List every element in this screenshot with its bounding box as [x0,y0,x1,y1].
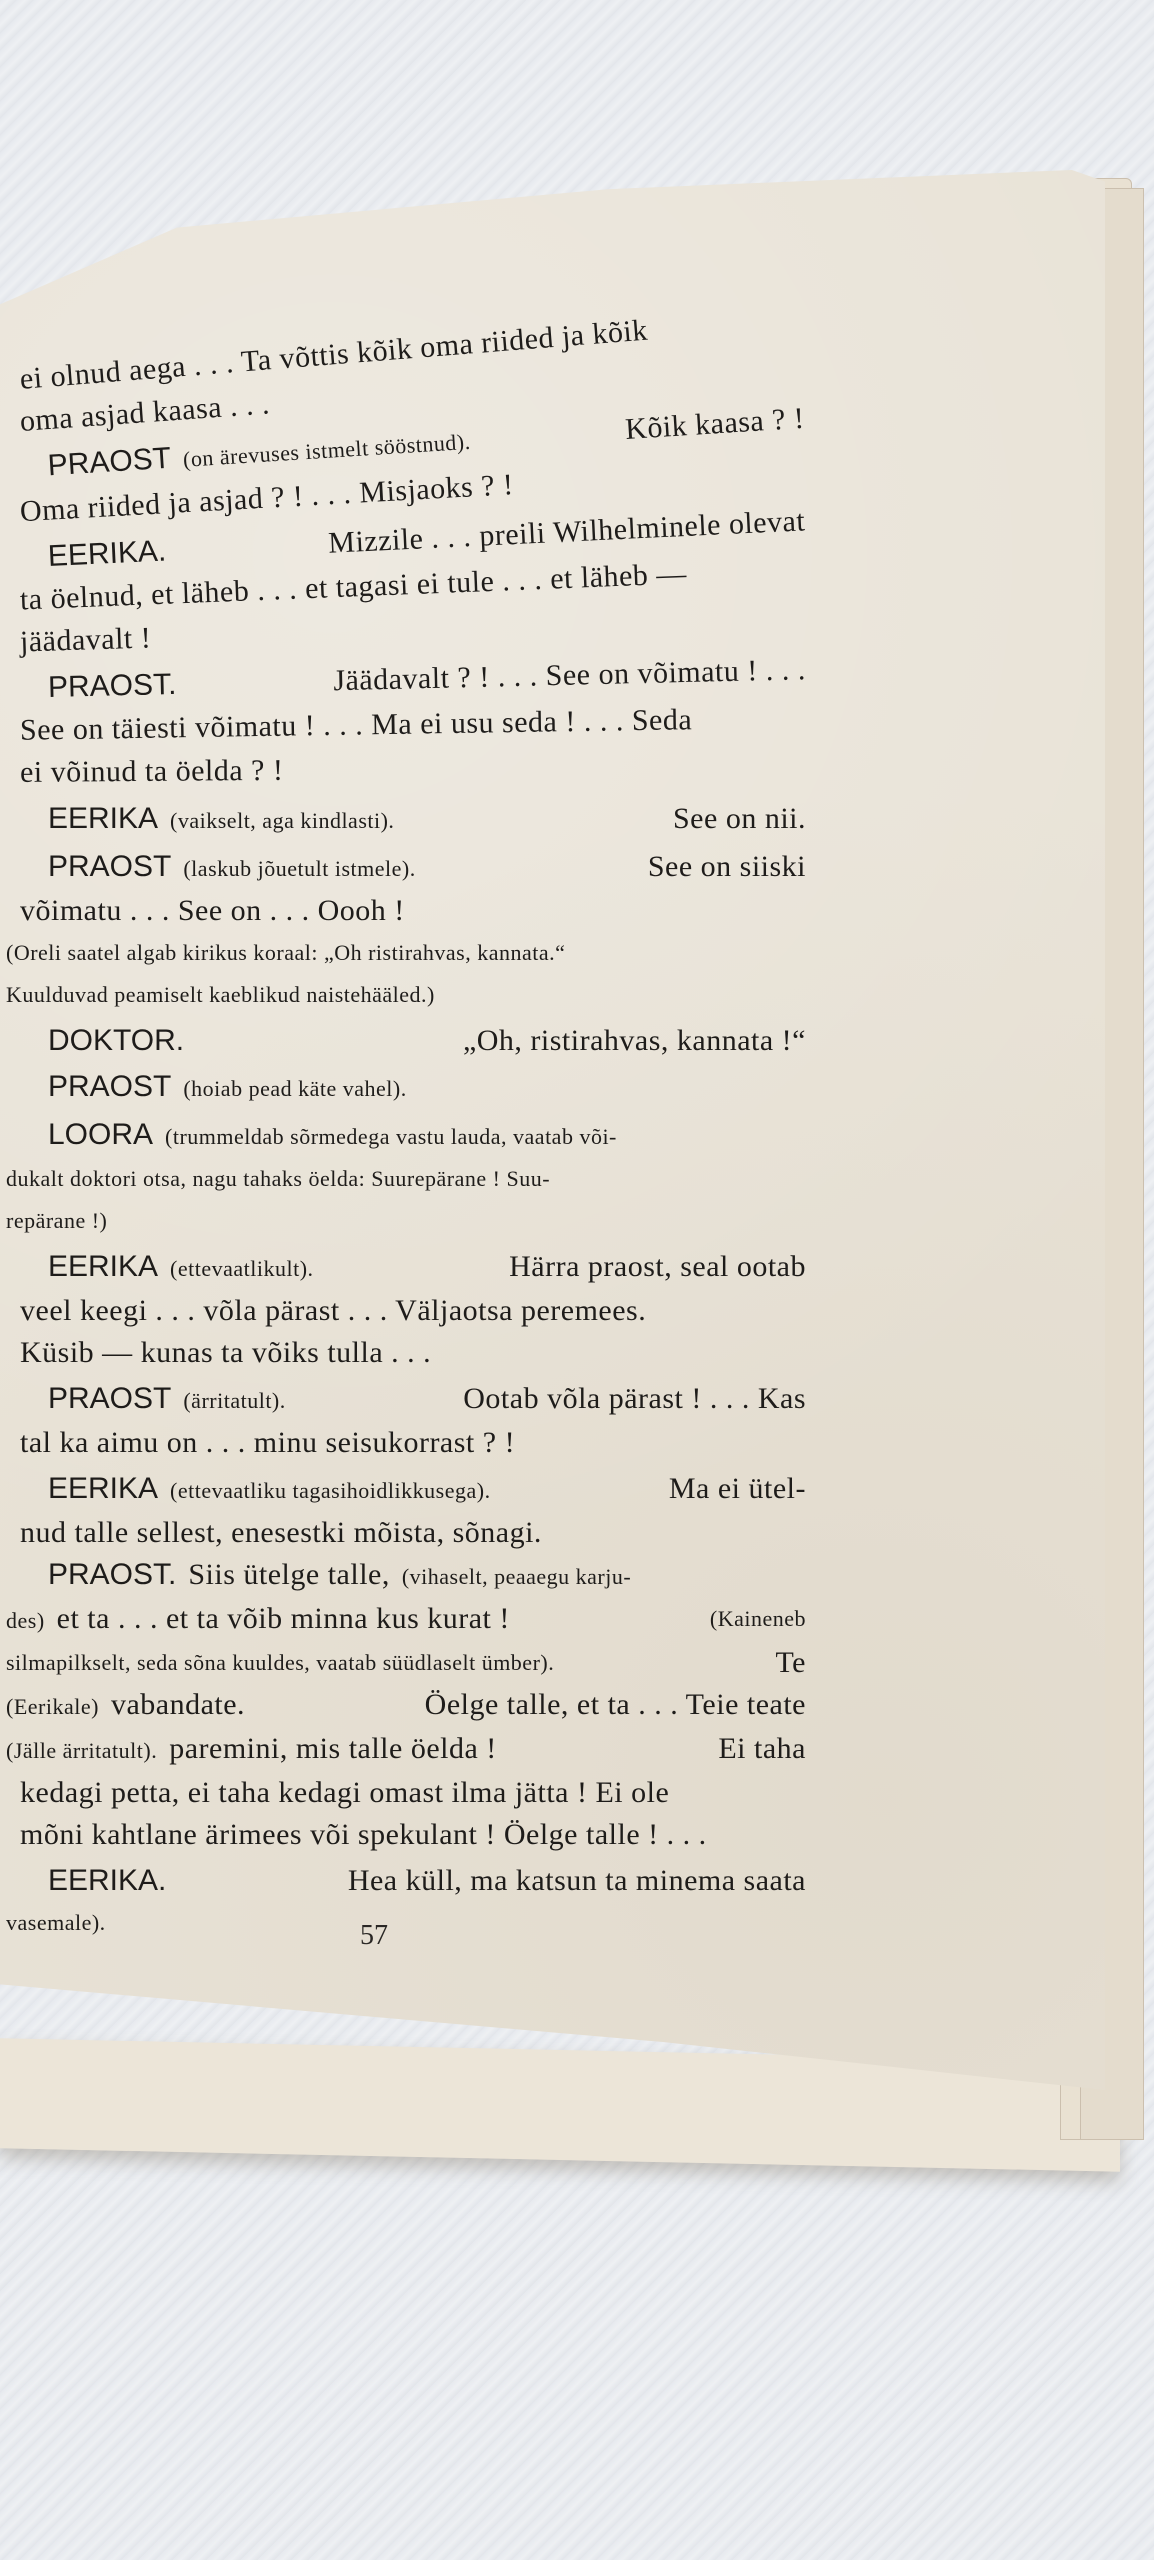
script-line: ei võinud ta öelda ? ! [6,746,806,794]
speaker-name: PRAOST [48,846,171,888]
dialogue-text: Te [775,1642,806,1684]
speaker-name: PRAOST. [47,664,176,709]
dialogue-text: Härra praost, seal ootab [509,1246,806,1290]
script-line: PRAOST(hoiab pead käte vahel). [6,1066,806,1110]
line-left: silmapilkselt, seda sõna kuuldes, vaatab… [6,1642,554,1684]
script-line: PRAOST(laskub jõuetult istmele).See on s… [6,846,806,890]
dialogue-text: Siis ütelge talle, [188,1554,389,1596]
stage-direction: (vihaselt, peaaegu karju- [402,1556,631,1598]
stage-direction: (laskub jõuetult istmele). [183,848,415,890]
line-left: (Eerikale)vabandate. [6,1684,245,1728]
script-line: DOKTOR.„Oh, ristirahvas, kannata !“ [6,1020,806,1062]
dialogue-text: „Oh, ristirahvas, kannata !“ [463,1020,806,1062]
dialogue-text: Ma ei ütel- [669,1468,806,1512]
dialogue-text: Kõik kaasa ? ! [624,398,806,453]
dialogue-text: Jäädavalt ? ! . . . See on võimatu ! . .… [333,649,806,702]
book-stack: ei olnud aega . . . Ta võttis kõik oma r… [0,170,1150,2150]
stage-direction: (trummeldab sõrmedega vastu lauda, vaata… [165,1116,617,1158]
stage-direction: (Jälle ärritatult). [6,1730,157,1772]
line-left: vasemale). [6,1902,106,1944]
script-line: silmapilkselt, seda sõna kuuldes, vaatab… [6,1642,806,1684]
dialogue-text: võimatu . . . See on . . . Oooh ! [20,890,405,932]
dialogue-text: veel keegi . . . võla pärast . . . Välja… [20,1290,646,1332]
dialogue-text: Küsib — kunas ta võiks tulla . . . [20,1332,431,1374]
script-line: PRAOST(ärritatult).Ootab võla pärast ! .… [6,1378,806,1422]
script-line: EERIKA.Hea küll, ma katsun ta minema saa… [6,1860,806,1902]
script-line: nud talle sellest, enesestki mõista, sõn… [6,1512,806,1554]
line-left: EERIKA(vaikselt, aga kindlasti). [48,798,394,842]
script-line: veel keegi . . . võla pärast . . . Välja… [6,1290,806,1332]
line-left [5,622,6,664]
script-line: des)et ta . . . et ta võib minna kus kur… [6,1598,806,1642]
stage-direction: dukalt doktori otsa, nagu tahaks öelda: … [6,1158,550,1200]
dialogue-text: nud talle sellest, enesestki mõista, sõn… [20,1512,542,1554]
dialogue-text: Ootab võla pärast ! . . . Kas [463,1378,806,1422]
script-line: (Jälle ärritatult).paremini, mis talle ö… [6,1728,806,1772]
script-line: PRAOST.Siis ütelge talle,(vihaselt, peaa… [6,1554,806,1598]
speaker-name: EERIKA. [47,530,167,578]
line-left: DOKTOR. [48,1020,184,1062]
stage-direction: repärane !) [6,1200,107,1242]
line-left: EERIKA. [48,1860,166,1902]
line-left: PRAOST(hoiab pead käte vahel). [48,1066,407,1110]
line-left [5,402,8,444]
stage-direction: silmapilkselt, seda sõna kuuldes, vaatab… [6,1642,554,1684]
stage-direction: (Oreli saatel algab kirikus koraal: „Oh … [6,932,565,974]
script-line: (Oreli saatel algab kirikus koraal: „Oh … [6,932,806,974]
stage-direction: (vaikselt, aga kindlasti). [170,800,394,842]
stage-direction: (hoiab pead käte vahel). [183,1068,406,1110]
page-text: ei olnud aega . . . Ta võttis kõik oma r… [6,360,806,1944]
script-line: mõni kahtlane ärimees või spekulant ! Öe… [6,1814,806,1856]
script-line: tal ka aimu on . . . minu seisukorrast ?… [6,1422,806,1464]
script-line: dukalt doktori otsa, nagu tahaks öelda: … [6,1158,806,1200]
script-line: võimatu . . . See on . . . Oooh ! [6,890,806,932]
speaker-name: DOKTOR. [48,1020,184,1062]
dialogue-text: vabandate. [111,1684,245,1726]
dialogue-text: ei võinud ta öelda ? ! [20,750,284,794]
dialogue-text: et ta . . . et ta võib minna kus kurat ! [57,1598,510,1640]
dialogue-text: See on nii. [673,798,806,842]
dialogue-text: kedagi petta, ei taha kedagi omast ilma … [20,1772,669,1814]
speaker-name: PRAOST. [48,1554,176,1596]
script-line: Küsib — kunas ta võiks tulla . . . [6,1332,806,1374]
speaker-name: PRAOST [48,1378,171,1420]
line-left [5,580,7,622]
dialogue-text: mõni kahtlane ärimees või spekulant ! Öe… [20,1814,707,1856]
dialogue-text: Hea küll, ma katsun ta minema saata [348,1860,806,1902]
script-line: (Eerikale)vabandate.Öelge talle, et ta .… [6,1684,806,1728]
script-line: repärane !) [6,1200,806,1242]
speaker-name: PRAOST [47,438,173,488]
dialogue-text: See on siiski [648,846,806,890]
stage-direction: (Eerikale) [6,1686,99,1728]
stage-direction: des) [6,1600,45,1642]
speaker-name: LOORA [48,1114,153,1156]
line-left: PRAOST. [47,664,176,709]
line-left [4,360,7,402]
stage-direction: Kuulduvad peamiselt kaeblikud naistehääl… [6,974,435,1016]
dialogue-text: Öelge talle, et ta . . . Teie teate [425,1684,806,1728]
script-line: EERIKA(vaikselt, aga kindlasti).See on n… [6,798,806,842]
line-left: (Jälle ärritatult).paremini, mis talle ö… [6,1728,497,1772]
stage-direction: vasemale). [6,1902,106,1944]
script-line: LOORA(trummeldab sõrmedega vastu lauda, … [6,1114,806,1158]
line-left: EERIKA(ettevaatliku tagasihoidlikkusega)… [48,1468,491,1512]
speaker-name: EERIKA [48,798,158,840]
speaker-name: EERIKA. [48,1860,166,1902]
script-line: EERIKA(ettevaatliku tagasihoidlikkusega)… [6,1468,806,1512]
line-left: PRAOST(ärritatult). [48,1378,286,1422]
script-line: Kuulduvad peamiselt kaeblikud naistehääl… [6,974,806,1016]
dialogue-text: Ei taha [718,1728,806,1772]
line-left: PRAOST.Siis ütelge talle,(vihaselt, peaa… [48,1554,631,1598]
line-left: EERIKA(ettevaatlikult). [48,1246,314,1290]
line-left: des)et ta . . . et ta võib minna kus kur… [6,1598,510,1642]
dialogue-text: jäädavalt ! [19,617,152,663]
book-page: ei olnud aega . . . Ta võttis kõik oma r… [0,170,1105,2090]
line-left: Kuulduvad peamiselt kaeblikud naistehääl… [6,974,435,1016]
line-left: LOORA(trummeldab sõrmedega vastu lauda, … [48,1114,617,1158]
stage-direction: (Kaineneb [710,1598,806,1642]
line-left [6,710,7,752]
dialogue-text: paremini, mis talle öelda ! [169,1728,497,1770]
speaker-name: EERIKA [48,1246,158,1288]
speaker-name: PRAOST [48,1066,171,1108]
line-left: EERIKA. [47,530,167,578]
script-line: EERIKA(ettevaatlikult).Härra praost, sea… [6,1246,806,1290]
stage-direction: (ettevaatlikult). [170,1248,314,1290]
line-left: PRAOST(laskub jõuetult istmele). [48,846,416,890]
script-line: vasemale). [6,1902,806,1944]
stage-direction: (ärritatult). [183,1380,285,1422]
stage-direction: (ettevaatliku tagasihoidlikkusega). [170,1470,491,1512]
line-left: (Oreli saatel algab kirikus koraal: „Oh … [6,932,565,974]
script-line: kedagi petta, ei taha kedagi omast ilma … [6,1772,806,1814]
speaker-name: EERIKA [48,1468,158,1510]
dialogue-text: tal ka aimu on . . . minu seisukorrast ?… [20,1422,515,1464]
line-left [5,492,7,534]
line-left: repärane !) [6,1200,107,1242]
page-number: 57 [360,1920,388,1952]
line-left: dukalt doktori otsa, nagu tahaks öelda: … [6,1158,550,1200]
